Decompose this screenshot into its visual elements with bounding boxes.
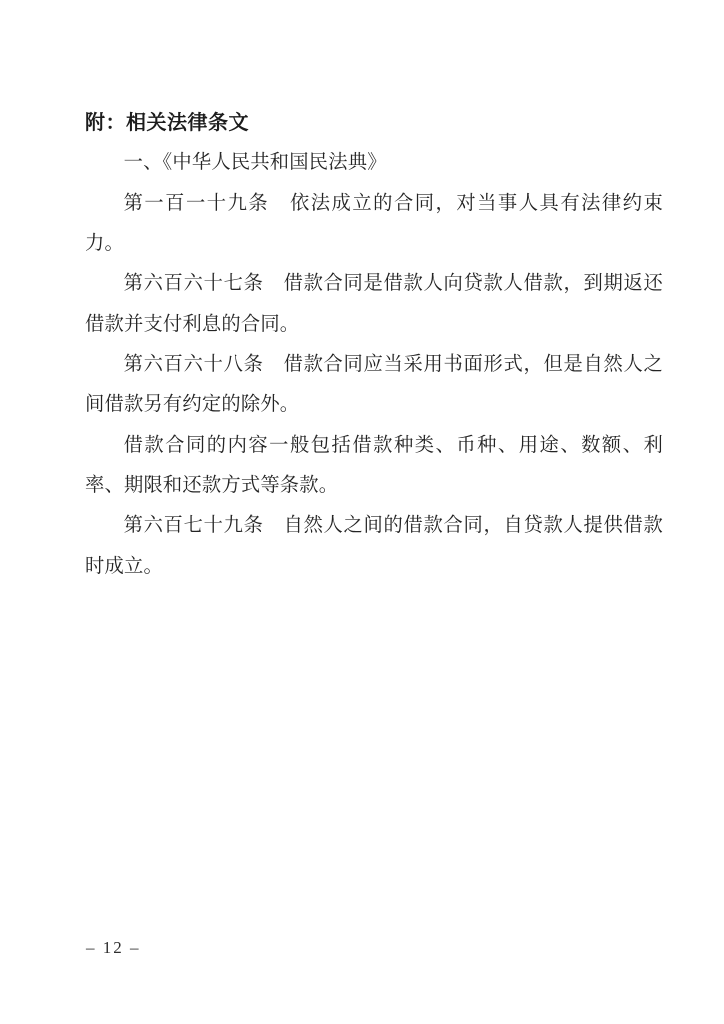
- article-679-paragraph: 第六百七十九条 自然人之间的借款合同，自贷款人提供借款时成立。: [85, 506, 663, 587]
- attachment-heading: 附：相关法律条文: [85, 103, 663, 143]
- article-668-continuation-paragraph: 借款合同的内容一般包括借款种类、币种、用途、数额、利率、期限和还款方式等条款。: [85, 426, 663, 507]
- article-119-paragraph: 第一百一十九条 依法成立的合同，对当事人具有法律约束力。: [85, 184, 663, 265]
- page-number: – 12 –: [86, 936, 141, 960]
- document-body: 附：相关法律条文 一、《中华人民共和国民法典》 第一百一十九条 依法成立的合同，…: [85, 103, 663, 587]
- article-667-paragraph: 第六百六十七条 借款合同是借款人向贷款人借款，到期返还借款并支付利息的合同。: [85, 264, 663, 345]
- article-668-paragraph: 第六百六十八条 借款合同应当采用书面形式，但是自然人之间借款另有约定的除外。: [85, 345, 663, 426]
- law-title-paragraph: 一、《中华人民共和国民法典》: [85, 143, 663, 183]
- document-page: 附：相关法律条文 一、《中华人民共和国民法典》 第一百一十九条 依法成立的合同，…: [0, 0, 724, 1024]
